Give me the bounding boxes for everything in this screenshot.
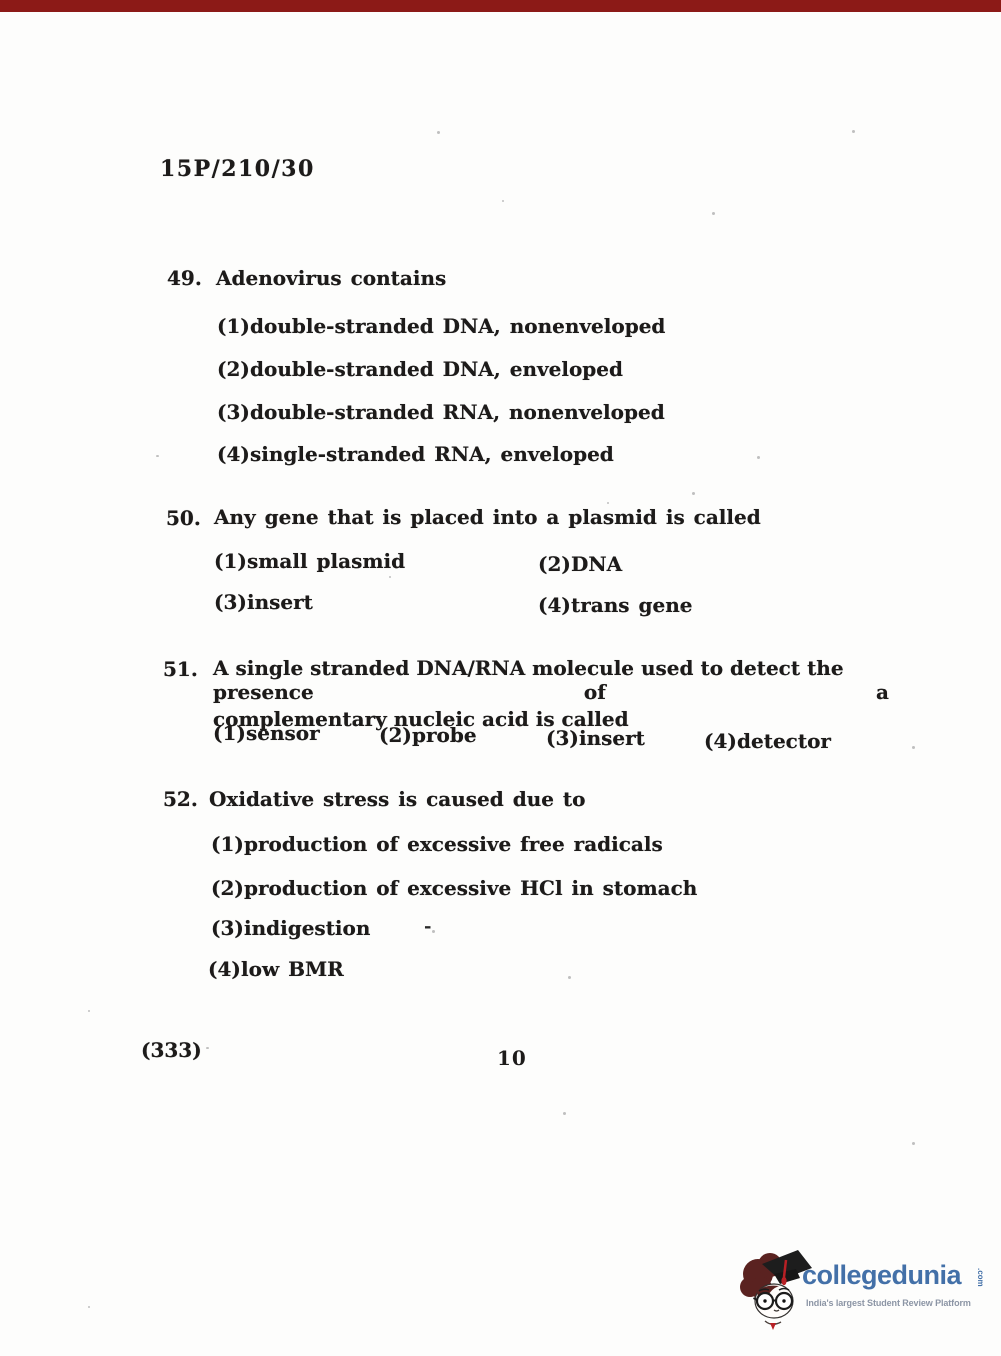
scan-speck <box>568 976 571 979</box>
scan-speck <box>563 1112 566 1115</box>
option-text: double-stranded DNA, enveloped <box>250 357 623 381</box>
option-row: (4)detector <box>704 729 831 753</box>
option-text: insert <box>579 726 645 750</box>
option-row: (3)insert <box>214 590 313 614</box>
option-text: detector <box>737 729 831 753</box>
question-text: A single stranded DNA/RNA molecule used … <box>213 656 889 731</box>
page-number: 10 <box>497 1046 527 1070</box>
scan-speck <box>680 608 683 610</box>
option-label: (2) <box>217 357 250 381</box>
option-text: insert <box>247 590 313 614</box>
top-red-bar <box>0 0 1001 12</box>
question-number: 52. <box>163 787 198 811</box>
option-text: production of excessive HCl in stomach <box>244 876 697 900</box>
option-row: (1)small plasmid <box>214 549 405 573</box>
scan-speck <box>912 746 915 749</box>
option-label: (4) <box>217 442 250 466</box>
option-label: (1) <box>213 721 246 745</box>
scan-speck <box>437 131 440 134</box>
option-row: (2)probe <box>379 723 477 747</box>
scan-speck <box>757 456 760 459</box>
question-text-line1: A single stranded DNA/RNA molecule used … <box>213 656 889 704</box>
option-row: (2)DNA <box>538 552 622 576</box>
option-label: (2) <box>538 552 571 576</box>
option-label: (3) <box>217 400 250 424</box>
option-label: (3) <box>214 590 247 614</box>
option-text: double-stranded DNA, nonenveloped <box>250 314 665 338</box>
option-text: small plasmid <box>247 549 405 573</box>
option-row: (1)sensor <box>213 721 320 745</box>
scan-speck <box>156 455 159 457</box>
option-row: (2)production of excessive HCl in stomac… <box>211 876 697 900</box>
scan-speck <box>692 492 695 495</box>
option-text: sensor <box>246 721 320 745</box>
option-text: double-stranded RNA, nonenveloped <box>250 400 665 424</box>
option-row: (4)low BMR <box>208 957 344 981</box>
logo-wordmark: collegedunia <box>802 1260 961 1291</box>
option-row: (2)double-stranded DNA, enveloped <box>217 357 623 381</box>
question-text: Oxidative stress is caused due to <box>209 787 586 811</box>
option-label: (4) <box>704 729 737 753</box>
scan-speck <box>852 130 855 133</box>
footer-series-code: (333) <box>141 1038 202 1062</box>
option-row: (4)trans gene <box>538 593 692 617</box>
scan-speck <box>88 1306 90 1308</box>
scan-speck <box>432 930 435 933</box>
exam-page-scan: 15P/210/30 49. Adenovirus contains (1)do… <box>0 0 1001 1356</box>
logo-domain-suffix: .com <box>976 1268 985 1287</box>
scan-speck <box>389 576 391 578</box>
scan-speck <box>88 1010 90 1012</box>
logo-tagline: India's largest Student Review Platform <box>806 1298 971 1308</box>
option-label: (4) <box>538 593 571 617</box>
option-label: (1) <box>217 314 250 338</box>
option-text: indigestion <box>244 916 370 940</box>
paper-code: 15P/210/30 <box>160 156 315 182</box>
option-row: (4)single-stranded RNA, enveloped <box>217 442 614 466</box>
question-text: Adenovirus contains <box>216 266 446 290</box>
option-label: (2) <box>211 876 244 900</box>
option-label: (1) <box>211 832 244 856</box>
stray-dash-mark: - <box>424 916 431 937</box>
option-text: probe <box>412 723 477 747</box>
option-text: production of excessive free radicals <box>244 832 663 856</box>
option-label: (3) <box>546 726 579 750</box>
option-label: (2) <box>379 723 412 747</box>
option-label: (4) <box>208 957 241 981</box>
scan-speck <box>912 1142 915 1145</box>
option-label: (3) <box>211 916 244 940</box>
question-text: Any gene that is placed into a plasmid i… <box>214 505 761 529</box>
option-label: (1) <box>214 549 247 573</box>
option-row: (1)production of excessive free radicals <box>211 832 663 856</box>
question-number: 50. <box>166 506 201 530</box>
option-text: trans gene <box>571 593 692 617</box>
option-text: single-stranded RNA, enveloped <box>250 442 614 466</box>
scan-speck <box>712 212 715 215</box>
option-text: DNA <box>571 552 622 576</box>
option-text: low BMR <box>241 957 344 981</box>
option-row: (1)double-stranded DNA, nonenveloped <box>217 314 665 338</box>
option-row: (3)double-stranded RNA, nonenveloped <box>217 400 665 424</box>
question-number: 49. <box>167 266 202 290</box>
scan-speck <box>502 200 504 202</box>
option-row: (3)indigestion <box>211 916 370 940</box>
scan-speck <box>206 1047 209 1049</box>
option-row: (3)insert <box>546 726 645 750</box>
scan-speck <box>607 502 609 504</box>
question-number: 51. <box>163 657 198 681</box>
